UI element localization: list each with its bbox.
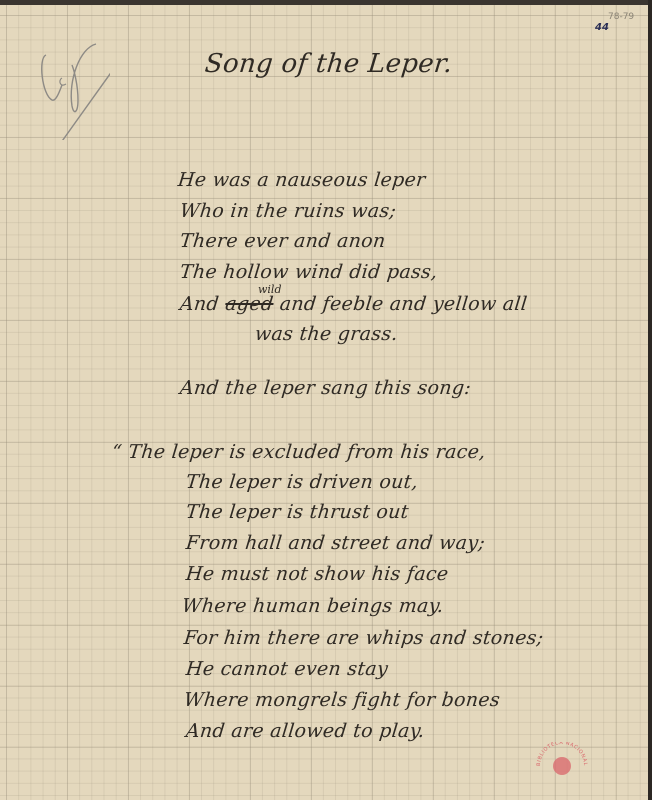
intro-line: And the leper sang this song: [179,377,472,399]
poem-line: From hall and street and way; [185,532,486,554]
poem-line: The hollow wind did pass, [179,261,439,283]
poem-line: “ The leper is excluded from his race, [111,441,487,463]
archive-number: 78-79 [608,12,634,22]
poem-line: He must not show his face [185,563,450,585]
poem-title: Song of the Leper. [203,49,454,79]
poem-line-with-correction: And aged and feeble and yellow all [179,293,529,315]
poem-line: He cannot even stay [185,658,389,680]
line-text: And [179,293,227,315]
struck-word: aged [224,293,274,315]
library-stamp: BIBLIOTECA NACIONAL [534,742,590,782]
poem-line: The leper is thrust out [185,501,410,523]
poem-line: Where mongrels fight for bones [183,689,501,711]
manuscript-page: 78-79 44 Song of the Leper. He was a nau… [0,5,648,800]
poem-line: Who in the ruins was; [179,200,398,222]
poem-line: For him there are whips and stones; [183,627,545,649]
poem-line: was the grass. [254,323,399,345]
poem-line: He was a nauseous leper [177,169,427,191]
line-text: and feeble and yellow all [272,293,528,315]
scan-edge [648,0,652,800]
pencil-initials-mark [20,40,110,140]
folio-number: 44 [595,22,609,33]
poem-line: There ever and anon [179,230,387,252]
poem-line: The leper is driven out, [185,471,419,493]
poem-line: Where human beings may. [181,595,445,617]
poem-line: And are allowed to play. [185,720,426,742]
